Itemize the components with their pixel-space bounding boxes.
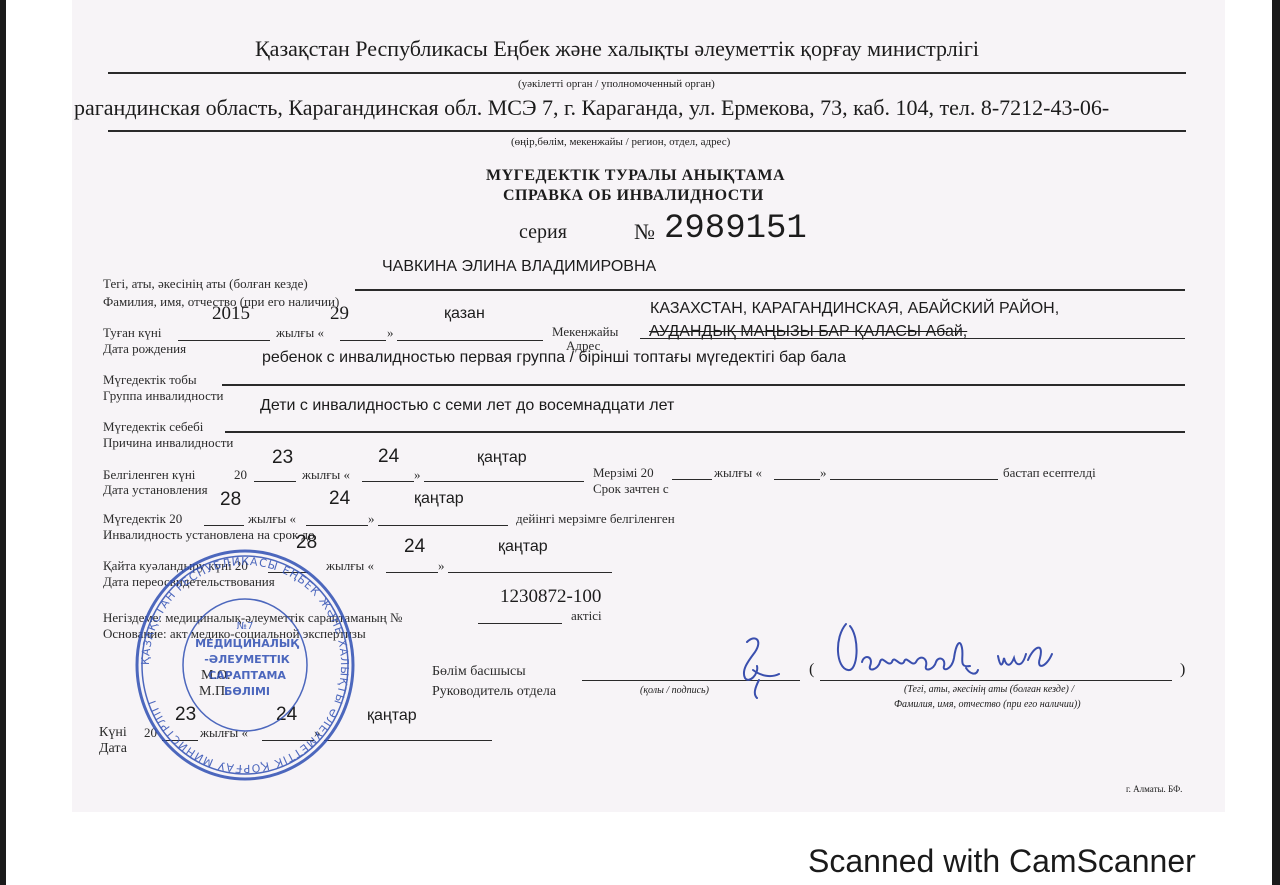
stamp-line-4: БӨЛІМІ bbox=[224, 685, 270, 698]
cause-label-ru: Причина инвалидности bbox=[103, 435, 233, 451]
head-label-ru: Руководитель отдела bbox=[432, 684, 556, 700]
issue-month: қаңтар bbox=[367, 707, 417, 725]
birth-month: қазан bbox=[444, 305, 485, 323]
group-value: ребенок с инвалидностью первая группа / … bbox=[262, 349, 846, 367]
valid-until-day-line bbox=[306, 525, 368, 526]
fullname-label-kz: Тегі, аты, әкесінің аты (болған кезде) bbox=[103, 276, 308, 292]
established-day: 24 bbox=[378, 446, 399, 468]
birth-year: 2015 bbox=[212, 303, 250, 325]
open-paren: ( bbox=[809, 661, 814, 679]
valid-until-suffix: дейінгі мерзімге белгіленген bbox=[516, 511, 675, 527]
valid-until-label-kz: Мүгедектік 20 bbox=[103, 511, 182, 527]
stamp-line-2: -ӘЛЕУМЕТТІК bbox=[204, 653, 290, 666]
address-line1: КАЗАХСТАН, КАРАГАНДИНСКАЯ, АБАЙСКИЙ РАЙО… bbox=[650, 300, 1059, 318]
right-frame-border bbox=[1272, 0, 1280, 885]
issue-label-ru: Дата bbox=[99, 741, 127, 757]
issue-label-kz: Күні bbox=[99, 725, 127, 741]
established-quote-close: » bbox=[414, 467, 421, 483]
birth-year-line bbox=[178, 340, 270, 341]
established-month-line bbox=[424, 481, 584, 482]
birth-quote-close: » bbox=[387, 325, 394, 341]
close-paren: ) bbox=[1180, 661, 1185, 679]
cause-label-kz: Мүгедектік себебі bbox=[103, 419, 203, 435]
established-prefix: 20 bbox=[234, 467, 247, 483]
office-address: рагандинская область, Карагандинская обл… bbox=[74, 95, 1109, 121]
number-sign: № bbox=[634, 219, 655, 245]
term-from-year-line bbox=[672, 479, 712, 480]
cause-value: Дети с инвалидностью с семи лет до восем… bbox=[260, 397, 674, 415]
term-from-suffix: бастап есептелді bbox=[1003, 465, 1096, 481]
valid-until-year-line bbox=[204, 525, 244, 526]
title-ru: СПРАВКА ОБ ИНВАЛИДНОСТИ bbox=[503, 187, 764, 205]
address-caption: (өңір,бөлім, мекенжайы / регион, отдел, … bbox=[511, 136, 730, 148]
valid-until-year: 28 bbox=[220, 489, 241, 511]
camscanner-watermark: Scanned with CamScanner bbox=[808, 843, 1196, 880]
name-caption-kz: (Тегі, аты, әкесінің аты (болған кезде) … bbox=[904, 684, 1074, 695]
official-stamp: ҚАЗАҚСТАН РЕСПУБЛИКАСЫ ЕҢБЕК ЖӘНЕ ХАЛЫҚТ… bbox=[133, 547, 357, 783]
established-label-kz: Белгіленген күні bbox=[103, 467, 195, 483]
birth-label-kz: Туған күні bbox=[103, 325, 162, 341]
reexam-month: қаңтар bbox=[498, 538, 548, 556]
handwritten-signature bbox=[735, 630, 785, 700]
group-underline bbox=[222, 384, 1185, 386]
left-frame-border bbox=[0, 0, 6, 885]
term-from-quote-close: » bbox=[820, 465, 827, 481]
birth-day: 29 bbox=[330, 303, 349, 325]
term-from-label-kz: Мерзімі 20 bbox=[593, 465, 654, 481]
group-label-kz: Мүгедектік тобы bbox=[103, 372, 197, 388]
valid-until-quote-close: » bbox=[368, 511, 375, 527]
term-from-year-suffix: жылғы « bbox=[714, 465, 762, 481]
divider bbox=[108, 72, 1186, 74]
term-from-day-line bbox=[774, 479, 820, 480]
divider bbox=[108, 130, 1186, 132]
reexam-day: 24 bbox=[404, 536, 425, 558]
established-year: 23 bbox=[272, 447, 293, 469]
established-year-suffix: жылғы « bbox=[302, 467, 350, 483]
name-caption-ru: Фамилия, имя, отчество (при его наличии)… bbox=[894, 699, 1081, 710]
fullname-underline bbox=[355, 289, 1185, 291]
term-from-label-ru: Срок зачтен с bbox=[593, 481, 669, 497]
birth-year-suffix: жылғы « bbox=[276, 325, 324, 341]
handwritten-name bbox=[830, 618, 1080, 682]
basis-suffix: актісі bbox=[571, 608, 602, 624]
established-label-ru: Дата установления bbox=[103, 482, 208, 498]
basis-act-number: 1230872-100 bbox=[500, 586, 601, 608]
established-day-line bbox=[362, 481, 414, 482]
established-month: қаңтар bbox=[477, 449, 527, 467]
valid-until-day: 24 bbox=[329, 488, 350, 510]
valid-until-year-suffix: жылғы « bbox=[248, 511, 296, 527]
printer-mark: г. Алматы. БФ. bbox=[1126, 784, 1182, 794]
head-label-kz: Бөлім басшысы bbox=[432, 664, 526, 680]
basis-underline bbox=[478, 623, 562, 624]
series-label: серия bbox=[519, 221, 567, 244]
authorized-body-caption: (уәкілетті орган / уполномоченный орган) bbox=[518, 78, 715, 90]
birth-month-line bbox=[397, 340, 543, 341]
term-from-month-line bbox=[830, 479, 998, 480]
stamp-line-1: МЕДИЦИНАЛЫҚ bbox=[195, 637, 299, 650]
birth-day-line bbox=[340, 340, 386, 341]
title-kz: МҮГЕДЕКТІК ТУРАЛЫ АНЫҚТАМА bbox=[486, 167, 785, 185]
signature-caption: (қолы / подпись) bbox=[640, 685, 709, 696]
address-underline bbox=[640, 338, 1185, 339]
certificate-number: 2989151 bbox=[664, 210, 807, 248]
reexam-day-line bbox=[386, 572, 438, 573]
stamp-line-3: САРАПТАМА bbox=[208, 669, 286, 682]
established-year-line bbox=[254, 481, 296, 482]
valid-until-label-ru: Инвалидность установлена на срок до bbox=[103, 527, 315, 543]
reexam-quote-close: » bbox=[438, 558, 445, 574]
reexam-month-line bbox=[448, 572, 612, 573]
birth-label-ru: Дата рождения bbox=[103, 341, 186, 357]
valid-until-month: қаңтар bbox=[414, 490, 464, 508]
fullname-value: ЧАВКИНА ЭЛИНА ВЛАДИМИРОВНА bbox=[382, 258, 656, 276]
stamp-number: №7 bbox=[237, 621, 254, 632]
ministry-title: Қазақстан Республикасы Еңбек және халықт… bbox=[255, 36, 979, 62]
group-label-ru: Группа инвалидности bbox=[103, 388, 223, 404]
valid-until-month-line bbox=[378, 525, 508, 526]
cause-underline bbox=[225, 431, 1185, 433]
